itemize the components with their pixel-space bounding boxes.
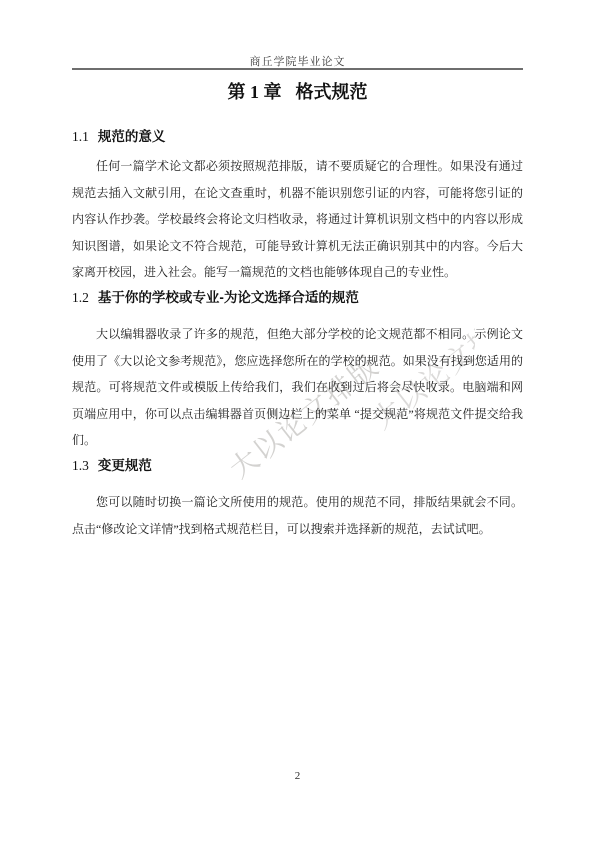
section-paragraph: 您可以随时切换一篇论文所使用的规范。使用的规范不同，排版结果就会不同。点击“修改… [72,489,523,542]
section-paragraph: 大以编辑器收录了许多的规范，但绝大部分学校的论文规范都不相同。示例论文使用了《大… [72,321,523,454]
section-heading: 1.2基于你的学校或专业-为论文选择合适的规范 [72,290,523,306]
section-heading: 1.1规范的意义 [72,129,523,145]
section-number: 1.1 [72,129,89,144]
section-number: 1.3 [72,458,89,473]
chapter-title: 格式规范 [296,82,368,102]
section-title: 变更规范 [98,458,152,473]
page-footer: 2 [0,770,595,782]
section-1-1: 1.1规范的意义 任何一篇学术论文都必须按照规范排版，请不要质疑它的合理性。如果… [72,129,523,286]
section-number: 1.2 [72,290,89,305]
page-number: 2 [295,770,301,782]
document-page: 商丘学院毕业论文 大以论文排版 大以论文排版 第 1 章格式规范 1.1规范的意… [0,0,595,842]
section-1-3: 1.3变更规范 您可以随时切换一篇论文所使用的规范。使用的规范不同，排版结果就会… [72,458,523,542]
chapter-heading: 第 1 章格式规范 [72,80,523,104]
section-title: 基于你的学校或专业-为论文选择合适的规范 [98,290,359,305]
section-paragraph: 任何一篇学术论文都必须按照规范排版，请不要质疑它的合理性。如果没有通过规范去插入… [72,153,523,286]
section-title: 规范的意义 [98,129,166,144]
section-1-2: 1.2基于你的学校或专业-为论文选择合适的规范 大以编辑器收录了许多的规范，但绝… [72,290,523,454]
section-heading: 1.3变更规范 [72,458,523,474]
running-header-text: 商丘学院毕业论文 [250,56,346,68]
header-rule [72,68,523,70]
chapter-number: 第 1 章 [228,82,282,102]
page-content: 第 1 章格式规范 1.1规范的意义 任何一篇学术论文都必须按照规范排版，请不要… [72,80,523,542]
